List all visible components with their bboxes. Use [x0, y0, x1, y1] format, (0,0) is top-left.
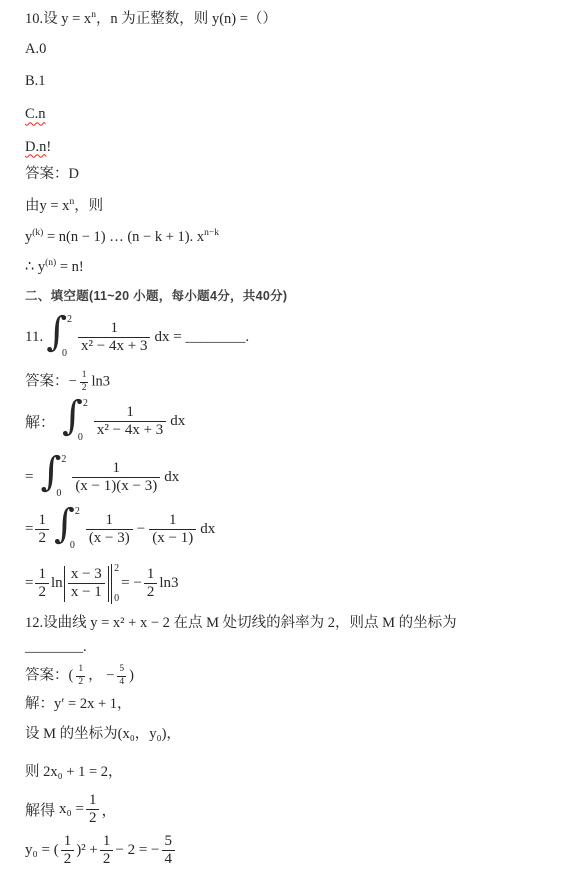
fraction: 1x² − 4x + 3: [94, 404, 166, 439]
fraction-small: 12: [80, 370, 89, 395]
fraction-denominator: 2: [144, 583, 158, 601]
coordinates-formula: (x₀，y₀)，: [118, 726, 181, 742]
q10-stem-question: y(n) =（）: [212, 11, 277, 27]
integral: ∫20: [62, 397, 88, 446]
equals-sign: =: [25, 469, 33, 486]
fraction-denominator: x² − 4x + 3: [94, 421, 166, 439]
integral-upper-limit: 2: [61, 455, 66, 465]
integral-lower-limit: 0: [56, 489, 66, 499]
fraction-numerator: 1: [86, 512, 133, 529]
answer-label: 答案：: [25, 373, 69, 389]
eval-lower-limit: 0: [114, 594, 119, 604]
question-11-stem: 11.∫201x² − 4x + 3dx = ________.: [25, 313, 547, 362]
fraction-numerator: 5: [162, 833, 176, 850]
fraction: 1(x − 1): [149, 512, 196, 547]
exam-document: 10.设 y = xn，n 为正整数，则 y(n) =（） A.0 B.1 C.…: [0, 0, 565, 868]
equals-sign: =: [25, 575, 33, 592]
fraction: 1x² − 4x + 3: [78, 320, 150, 355]
fraction-half: 12: [100, 833, 114, 868]
sol-derivative-order-n: (n): [45, 258, 56, 268]
fraction-five-fourths: 54: [162, 833, 176, 868]
x0-equals: x₀ =: [59, 801, 84, 818]
integral-limits: 20: [67, 313, 72, 362]
q10-number-text: 10.设: [25, 11, 61, 27]
fraction-numerator: 1: [94, 404, 166, 421]
integral-upper-limit: 2: [67, 315, 72, 325]
abs-bar-right: [108, 566, 109, 602]
q12-answer-blank: ________.: [25, 638, 547, 656]
fraction-denominator: 2: [35, 583, 49, 601]
option-a-label: A.0: [25, 41, 46, 57]
ln3-text: ln3: [159, 575, 178, 592]
fraction: 1(x − 3): [86, 512, 133, 547]
fraction: 1(x − 1)(x − 3): [72, 460, 160, 495]
fraction-small: 12: [76, 664, 85, 689]
q11-solution-line-4: =12lnx − 3x − 120= −12ln3: [25, 562, 547, 606]
fraction-half: 12: [144, 566, 158, 601]
solution-label: 解：: [25, 411, 55, 432]
fraction-small: 54: [117, 664, 126, 689]
minus-sign: −: [137, 521, 145, 538]
integral-lower-limit: 0: [70, 541, 80, 551]
minus-sign: −: [69, 373, 77, 389]
ln-text: ln: [51, 575, 63, 592]
fraction-denominator: 2: [76, 676, 85, 689]
sol-text: 设 M 的坐标为: [25, 726, 118, 742]
option-d-exclamation: !: [46, 139, 51, 155]
q12-number-text: 12.设曲线: [25, 615, 90, 631]
fraction-numerator: 1: [76, 664, 85, 676]
sol-derivative-order-k: (k): [32, 228, 43, 238]
q11-solution-line-3: =12∫201(x − 3)−1(x − 1)dx: [25, 505, 547, 554]
option-b-label: B.1: [25, 73, 46, 89]
dx-text: dx: [164, 469, 179, 486]
fraction-numerator: 1: [72, 460, 160, 477]
q12-formula: y = x² + x − 2: [90, 615, 170, 631]
fraction-denominator: (x − 3): [86, 529, 133, 547]
option-d: D.n!: [25, 138, 547, 156]
fraction-denominator: 4: [117, 676, 126, 689]
fraction-numerator: 1: [149, 512, 196, 529]
fraction-numerator: 1: [86, 792, 100, 809]
close-paren: ): [129, 667, 134, 683]
dx-text: dx: [170, 413, 185, 430]
sol-therefore: ∴ y: [25, 259, 45, 275]
fraction-half: 12: [61, 833, 75, 868]
q10-solution-line-1: 由y = xn，则: [25, 197, 547, 215]
q10-solution-line-3: ∴ y(n) = n!: [25, 258, 547, 276]
equation-formula: 2x₀ + 1 = 2，: [43, 764, 122, 780]
minus-two-equals: − 2 = −: [115, 842, 159, 859]
q11-answer-line: 答案：−12ln3: [25, 370, 547, 395]
sol-text: 则: [25, 764, 43, 780]
fraction-numerator: 1: [35, 566, 49, 583]
fraction: x − 3x − 1: [68, 566, 105, 601]
sol-exponent-nk: n−k: [204, 228, 219, 238]
fraction-numerator: 5: [117, 664, 126, 676]
fraction-numerator: 1: [78, 320, 150, 337]
option-d-label: D.n: [25, 139, 46, 155]
q11-number-text: 11.: [25, 329, 43, 346]
abs-bar-left: [64, 566, 65, 602]
q10-stem-middle: ，n 为正整数，则: [96, 11, 212, 27]
fraction-denominator: 4: [162, 850, 176, 868]
q12-stem-post: 在点 M 处切线的斜率为 2，则点 M 的坐标为: [170, 615, 457, 631]
q11-solution-line-2: =∫201(x − 1)(x − 3)dx: [25, 453, 547, 502]
sol-text: 解得: [25, 799, 55, 820]
integral-limits: 20: [83, 397, 88, 446]
fraction-half: 12: [35, 512, 49, 547]
integral-limits: 20: [61, 453, 66, 502]
option-b: B.1: [25, 72, 547, 90]
fraction-denominator: 2: [61, 850, 75, 868]
question-12-stem: 12.设曲线 y = x² + x − 2 在点 M 处切线的斜率为 2，则点 …: [25, 614, 547, 632]
comma-minus: ， −: [88, 667, 114, 683]
evaluation-bar: [111, 564, 112, 604]
q12-solution-line-5: y₀ = (12)² +12− 2 = −54: [25, 832, 547, 868]
equals-minus: = −: [121, 575, 142, 592]
answer-value: D: [69, 166, 79, 182]
comma-text: ，: [101, 799, 116, 820]
q10-answer-line: 答案：D: [25, 165, 547, 183]
option-c: C.n: [25, 105, 547, 123]
dx-text: dx: [200, 521, 215, 538]
q10-formula: y = x: [61, 11, 91, 27]
integral-upper-limit: 2: [75, 507, 80, 517]
sol-text-post: ，则: [74, 198, 103, 214]
section-heading: 二、填空题(11~20 小题，每小题4分，共40分): [25, 289, 547, 305]
blank-line: ________.: [25, 639, 87, 655]
y0-equals-open: y₀ = (: [25, 842, 59, 859]
ln3-text: ln3: [91, 373, 110, 389]
fraction-numerator: 1: [100, 833, 114, 850]
integral-lower-limit: 0: [78, 433, 88, 443]
squared-plus: )² +: [76, 842, 98, 859]
integral: ∫20: [46, 313, 72, 362]
integral: ∫20: [54, 505, 80, 554]
q10-solution-line-2: y(k) = n(n − 1) … (n − k + 1). xn−k: [25, 228, 547, 246]
q11-solution-line-1: 解：∫201x² − 4x + 3dx: [25, 397, 547, 446]
fraction-denominator: 2: [35, 529, 49, 547]
q12-solution-line-2: 设 M 的坐标为(x₀，y₀)，: [25, 725, 547, 743]
option-c-label: C.n: [25, 106, 46, 122]
sol-formula: y = x: [40, 198, 70, 214]
answer-label: 答案：: [25, 667, 69, 683]
integral-upper-limit: 2: [83, 399, 88, 409]
option-a: A.0: [25, 40, 547, 58]
q11-dx-equals-blank: dx = ________.: [154, 329, 249, 346]
fraction-numerator: 1: [35, 512, 49, 529]
solution-label: 解：: [25, 696, 54, 712]
integral: ∫20: [40, 453, 66, 502]
fraction-half: 12: [86, 792, 100, 827]
eval-upper-limit: 2: [114, 564, 119, 574]
equals-sign: =: [25, 521, 33, 538]
sol-text: 由: [25, 198, 40, 214]
fraction-numerator: 1: [61, 833, 75, 850]
fraction-denominator: 2: [86, 809, 100, 827]
q12-solution-line-1: 解：y′ = 2x + 1，: [25, 695, 547, 713]
integral-lower-limit: 0: [62, 349, 72, 359]
integral-limits: 20: [75, 505, 80, 554]
sol-result: = n!: [56, 259, 84, 275]
fraction-numerator: 1: [80, 370, 89, 382]
sol-expansion: = n(n − 1) … (n − k + 1). x: [43, 229, 204, 245]
fraction-denominator: (x − 1)(x − 3): [72, 477, 160, 495]
q12-solution-line-3: 则 2x₀ + 1 = 2，: [25, 763, 547, 781]
fraction-denominator: 2: [100, 850, 114, 868]
fraction-numerator: x − 3: [68, 566, 105, 583]
q12-answer-line: 答案：(12， −54): [25, 664, 547, 689]
evaluation-limits: 20: [114, 563, 119, 605]
open-paren: (: [69, 667, 74, 683]
q12-solution-line-4: 解得x₀ =12，: [25, 792, 547, 827]
derivative-formula: y′ = 2x + 1，: [54, 696, 132, 712]
fraction-half: 12: [35, 566, 49, 601]
fraction-denominator: (x − 1): [149, 529, 196, 547]
question-10-stem: 10.设 y = xn，n 为正整数，则 y(n) =（）: [25, 10, 547, 28]
fraction-numerator: 1: [144, 566, 158, 583]
fraction-denominator: x² − 4x + 3: [78, 337, 150, 355]
answer-label: 答案：: [25, 166, 69, 182]
fraction-denominator: x − 1: [68, 583, 105, 601]
section-title: 二、填空题(11~20 小题，每小题4分，共40分): [25, 289, 287, 303]
